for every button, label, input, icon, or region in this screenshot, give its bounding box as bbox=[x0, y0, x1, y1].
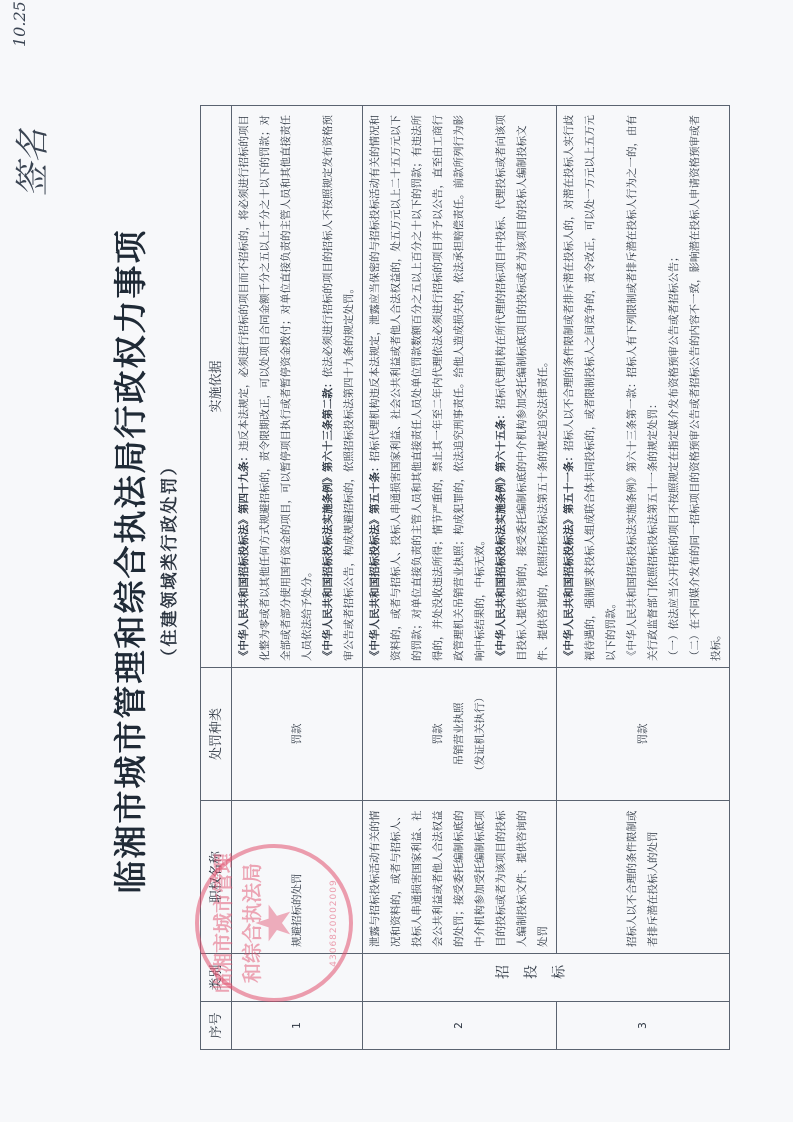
legal-basis: 《中华人民共和国招标投标法》第五十一条：招标人以不合理的条件限制或者排斥潜在投标… bbox=[557, 106, 730, 668]
law-citation: 《中华人民共和国招标投标法实施条例》第六十五条： bbox=[495, 409, 507, 661]
power-name: 招标人以不合理的条件限制或者排斥潜在投标人的处罚 bbox=[557, 801, 730, 954]
law-citation: 《中华人民共和国招标投标法实施条例》第六十三条第二款： bbox=[322, 378, 334, 662]
row-number: 1 bbox=[232, 1002, 363, 1050]
page-subtitle: （住建领域类行政处罚） bbox=[155, 0, 180, 1122]
law-citation: 《中华人民共和国招标投标法》第五十一条： bbox=[563, 451, 575, 661]
basis-text: 《中华人民共和国招标投标法实施条例》第六十三条第一款：招标人有下列限制或者排斥潜… bbox=[626, 115, 659, 661]
power-items-table: 序号 类别 职权名称 处罚种类 实施依据 1规避招标的处罚罚款《中华人民共和国招… bbox=[200, 105, 730, 1050]
power-name: 规避招标的处罚 bbox=[232, 801, 363, 954]
category-cell: 招投标 bbox=[363, 954, 730, 1002]
basis-text: 招标代理机构违反本法规定，泄露应当保密的与招标投标活动有关的情况和资料的，或者与… bbox=[369, 115, 486, 661]
basis-paragraph: （一）依法应当公开招标的项目不按照规定在指定媒介发布资格预审公告或者招标公告； bbox=[664, 112, 685, 661]
category-label: 招投标 bbox=[495, 951, 579, 995]
penalty-type: 罚款 bbox=[557, 668, 730, 801]
penalty-type: 罚款吊销营业执照（发证机关执行） bbox=[363, 668, 557, 801]
header-category: 类别 bbox=[201, 954, 232, 1002]
penalty-type-line: 吊销营业执照 bbox=[449, 674, 470, 794]
table-row: 3招标人以不合理的条件限制或者排斥潜在投标人的处罚罚款《中华人民共和国招标投标法… bbox=[557, 106, 730, 1050]
basis-paragraph: （二）在不同媒介发布的同一招标项目的资格预审公告或者招标公告的内容不一致，影响潜… bbox=[685, 112, 727, 661]
basis-paragraph: 《中华人民共和国招标投标法实施条例》第六十五条：招标代理机构在所代理的招标项目中… bbox=[491, 112, 554, 661]
header-type: 处罚种类 bbox=[201, 668, 232, 801]
penalty-type-line: 罚款 bbox=[633, 674, 654, 794]
table-row: 1规避招标的处罚罚款《中华人民共和国招标投标法》第四十九条：违反本法规定，必须进… bbox=[232, 106, 363, 1050]
basis-paragraph: 《中华人民共和国招标投标法》第五十条：招标代理机构违反本法规定，泄露应当保密的与… bbox=[365, 112, 491, 661]
basis-paragraph: 《中华人民共和国招标投标法》第四十九条：违反本法规定，必须进行招标的项目而不招标… bbox=[234, 112, 318, 661]
signature-date: 10.25 bbox=[10, 1, 29, 47]
power-name: 泄露与招标投标活动有关的情况和资料的，或者与招标人、投标人串通损害国家利益、社会… bbox=[363, 801, 557, 954]
basis-paragraph: 《中华人民共和国招标投标法实施条例》第六十三条第二款：依法必须进行招标的项目的招… bbox=[318, 112, 360, 661]
basis-text: （一）依法应当公开招标的项目不按照规定在指定媒介发布资格预审公告或者招标公告； bbox=[668, 252, 680, 662]
basis-paragraph: 《中华人民共和国招标投标法实施条例》第六十三条第一款：招标人有下列限制或者排斥潜… bbox=[622, 112, 664, 661]
signature-text: 签名 bbox=[13, 129, 53, 197]
header-name: 职权名称 bbox=[201, 801, 232, 954]
penalty-type-line: （发证机关执行） bbox=[470, 674, 491, 794]
handwritten-signature: 签名 10.25 bbox=[5, 7, 95, 197]
law-citation: 《中华人民共和国招标投标法》第四十九条： bbox=[238, 451, 250, 661]
legal-basis: 《中华人民共和国招标投标法》第五十条：招标代理机构违反本法规定，泄露应当保密的与… bbox=[363, 106, 557, 668]
category-cell bbox=[232, 954, 363, 1002]
law-citation: 《中华人民共和国招标投标法》第五十条： bbox=[369, 462, 381, 662]
penalty-type: 罚款 bbox=[232, 668, 363, 801]
header-no: 序号 bbox=[201, 1002, 232, 1050]
basis-paragraph: 《中华人民共和国招标投标法》第五十一条：招标人以不合理的条件限制或者排斥潜在投标… bbox=[559, 112, 622, 661]
penalty-type-line: 罚款 bbox=[287, 674, 308, 794]
row-number: 3 bbox=[557, 1002, 730, 1050]
table-row: 2招投标泄露与招标投标活动有关的情况和资料的，或者与招标人、投标人串通损害国家利… bbox=[363, 106, 557, 1050]
table-header-row: 序号 类别 职权名称 处罚种类 实施依据 bbox=[201, 106, 232, 1050]
page-title: 临湘市城市管理和综合执法局行政权力事项 bbox=[105, 0, 152, 1122]
row-number: 2 bbox=[363, 1002, 557, 1050]
document-page: 签名 10.25 临湘市城市管理和综合执法局行政权力事项 （住建领域类行政处罚）… bbox=[0, 0, 793, 1122]
legal-basis: 《中华人民共和国招标投标法》第四十九条：违反本法规定，必须进行招标的项目而不招标… bbox=[232, 106, 363, 668]
basis-text: （二）在不同媒介发布的同一招标项目的资格预审公告或者招标公告的内容不一致，影响潜… bbox=[689, 115, 722, 661]
penalty-type-line: 罚款 bbox=[428, 674, 449, 794]
header-basis: 实施依据 bbox=[201, 106, 232, 668]
